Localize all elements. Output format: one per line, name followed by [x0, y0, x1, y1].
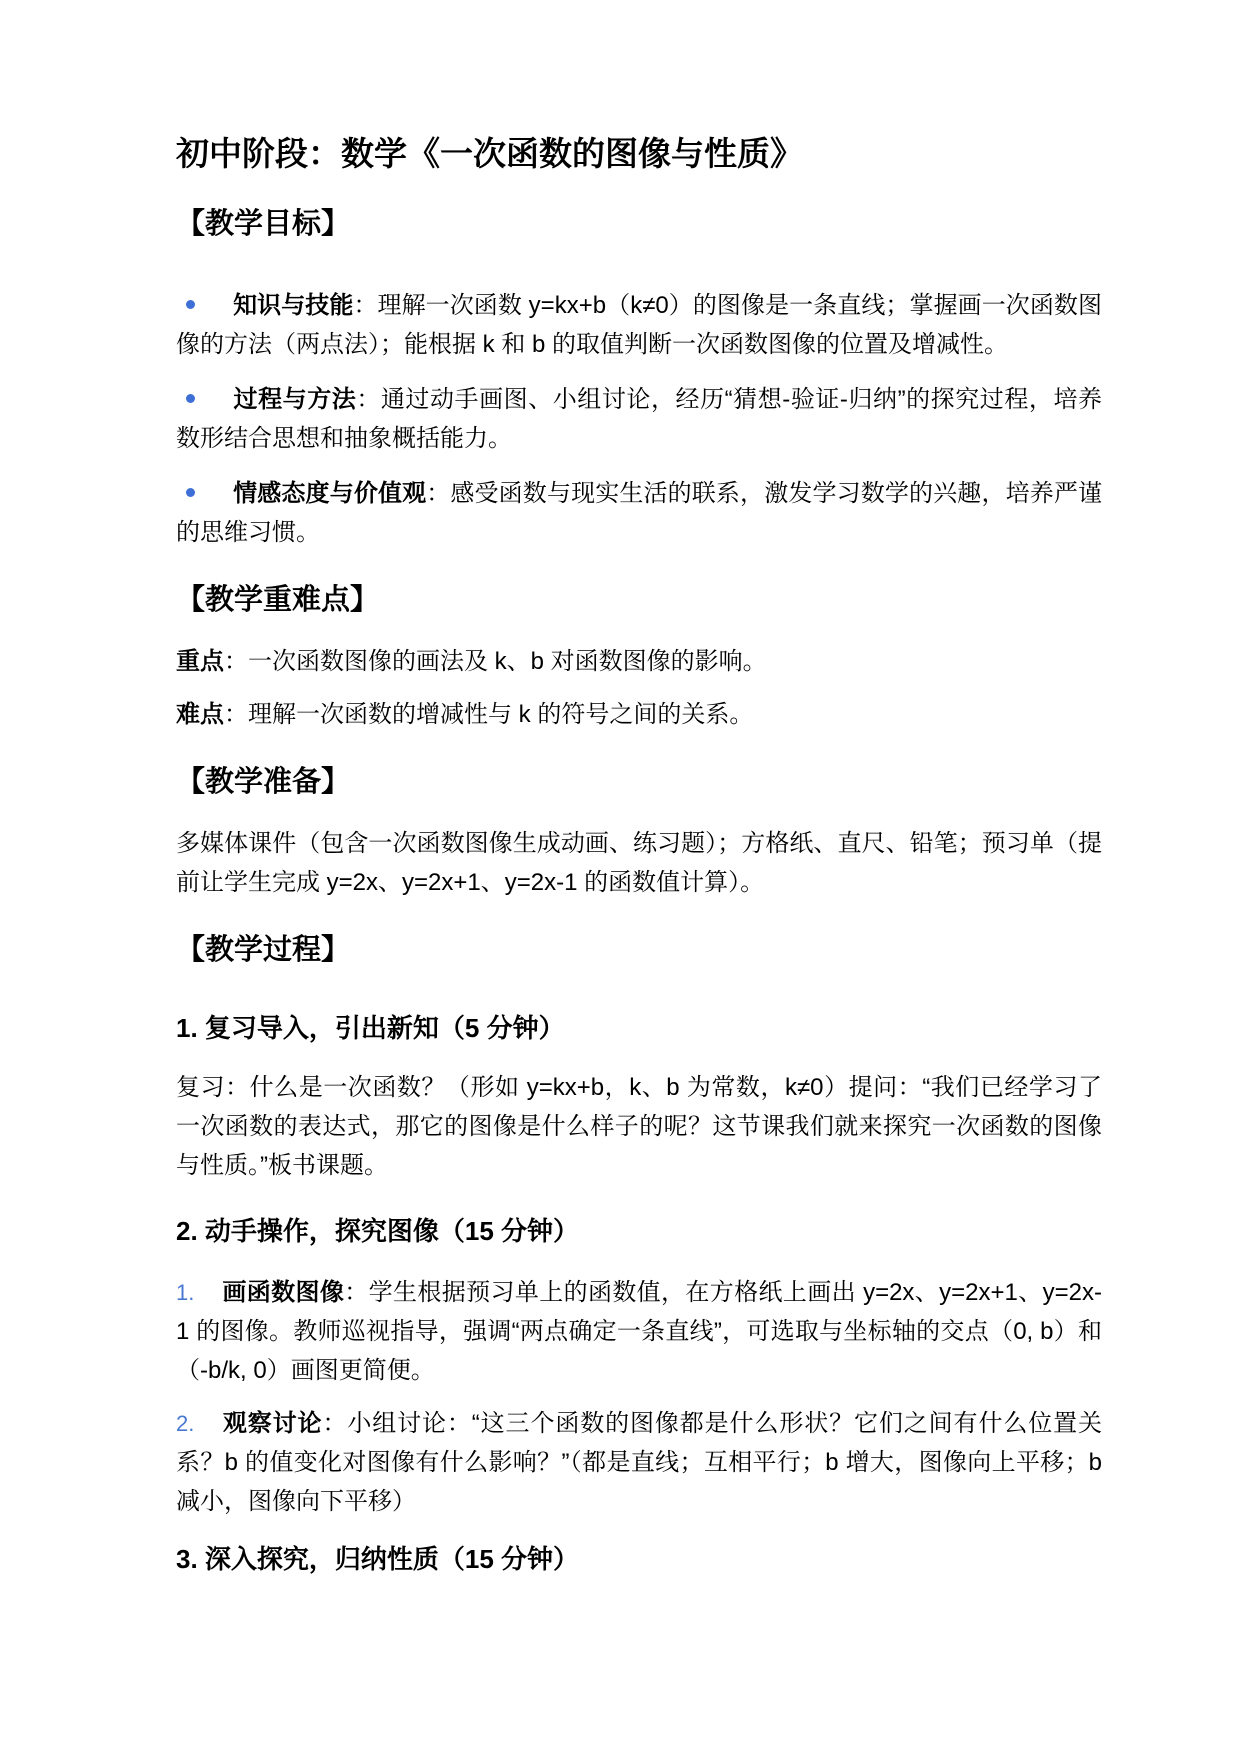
objective-label: 知识与技能 — [233, 292, 353, 319]
preparation-text: 多媒体课件（包含一次函数图像生成动画、练习题）；方格纸、直尺、铅笔；预习单（提前… — [176, 824, 1102, 902]
step2-item-label: 画函数图像 — [222, 1279, 344, 1306]
document-page: 初中阶段：数学《一次函数的图像与性质》 【教学目标】 知识与技能：理解一次函数 … — [0, 0, 1241, 1755]
list-number: 2. — [176, 1404, 200, 1443]
step2-item-draw: 1.画函数图像：学生根据预习单上的函数值，在方格纸上画出 y=2x、y=2x+1… — [176, 1273, 1102, 1390]
list-number: 1. — [176, 1273, 200, 1312]
key-point-label: 难点 — [176, 701, 224, 728]
bullet-icon — [186, 488, 195, 497]
step3-heading: 3. 深入探究，归纳性质（15 分钟） — [176, 1541, 1102, 1577]
section-heading-process: 【教学过程】 — [176, 930, 1102, 970]
step1-body: 复习：什么是一次函数？（形如 y=kx+b，k、b 为常数，k≠0）提问：“我们… — [176, 1068, 1102, 1185]
section-heading-key-points: 【教学重难点】 — [176, 580, 1102, 620]
section-heading-preparation: 【教学准备】 — [176, 762, 1102, 802]
key-point-important: 重点：一次函数图像的画法及 k、b 对函数图像的影响。 — [176, 642, 1102, 681]
step1-heading: 1. 复习导入，引出新知（5 分钟） — [176, 1010, 1102, 1046]
bullet-icon — [186, 394, 195, 403]
key-point-text: ：理解一次函数的增减性与 k 的符号之间的关系。 — [224, 701, 753, 728]
objective-item-knowledge: 知识与技能：理解一次函数 y=kx+b（k≠0）的图像是一条直线；掌握画一次函数… — [176, 286, 1102, 364]
bullet-icon — [186, 300, 195, 309]
step2-heading: 2. 动手操作，探究图像（15 分钟） — [176, 1213, 1102, 1249]
key-point-difficult: 难点：理解一次函数的增减性与 k 的符号之间的关系。 — [176, 695, 1102, 734]
objective-label: 过程与方法 — [233, 386, 356, 413]
objective-label: 情感态度与价值观 — [233, 480, 426, 507]
key-point-label: 重点 — [176, 648, 224, 675]
page-title: 初中阶段：数学《一次函数的图像与性质》 — [176, 132, 1102, 176]
section-heading-objectives: 【教学目标】 — [176, 204, 1102, 244]
objective-item-process: 过程与方法：通过动手画图、小组讨论，经历“猜想-验证-归纳”的探究过程，培养数形… — [176, 380, 1102, 458]
objective-item-emotion: 情感态度与价值观：感受函数与现实生活的联系，激发学习数学的兴趣，培养严谨的思维习… — [176, 474, 1102, 552]
key-point-text: ：一次函数图像的画法及 k、b 对函数图像的影响。 — [224, 648, 767, 675]
step2-item-discuss: 2.观察讨论：小组讨论：“这三个函数的图像都是什么形状？它们之间有什么位置关系？… — [176, 1404, 1102, 1521]
step2-item-label: 观察讨论 — [222, 1410, 322, 1437]
